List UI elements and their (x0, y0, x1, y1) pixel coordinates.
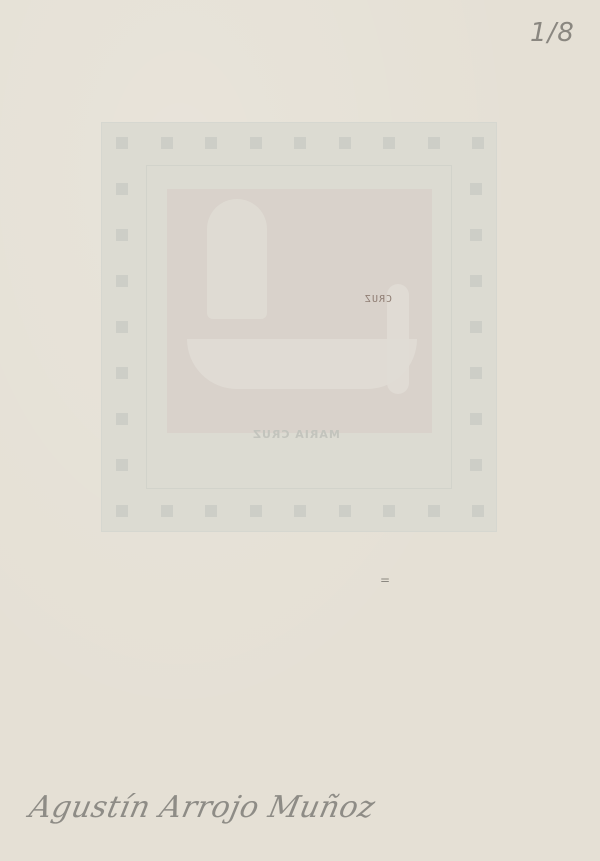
border-square (250, 137, 262, 149)
border-square (116, 275, 128, 287)
border-square (205, 505, 217, 517)
border-square (116, 137, 128, 149)
border-square (383, 505, 395, 517)
border-square (161, 137, 173, 149)
border-square (116, 183, 128, 195)
border-square (250, 505, 262, 517)
border-square (161, 505, 173, 517)
pencil-mark: = (380, 573, 386, 587)
border-square (472, 505, 484, 517)
border-square (116, 367, 128, 379)
border-square (116, 505, 128, 517)
panel-text: CRUZ (364, 294, 392, 305)
border-square (470, 413, 482, 425)
border-square (205, 137, 217, 149)
border-square (294, 137, 306, 149)
border-square (470, 321, 482, 333)
figure-shape (207, 199, 267, 319)
border-square (470, 367, 482, 379)
border-square (472, 137, 484, 149)
central-image-panel: CRUZ (167, 189, 432, 433)
border-square (428, 137, 440, 149)
border-square (116, 413, 128, 425)
border-square (470, 183, 482, 195)
border-square (116, 229, 128, 241)
printed-plate: CRUZ MARIA CRUZ (101, 122, 497, 532)
border-square (470, 229, 482, 241)
border-square (428, 505, 440, 517)
border-square (470, 275, 482, 287)
boat-shape (187, 339, 417, 389)
artist-signature: Agustín Arrojo Muñoz (26, 790, 378, 825)
border-square (339, 505, 351, 517)
border-square (339, 137, 351, 149)
edition-number: 1/8 (530, 18, 575, 48)
border-square (470, 459, 482, 471)
border-square (383, 137, 395, 149)
border-square (116, 321, 128, 333)
border-square (294, 505, 306, 517)
border-square (116, 459, 128, 471)
plate-label: MARIA CRUZ (252, 428, 340, 441)
